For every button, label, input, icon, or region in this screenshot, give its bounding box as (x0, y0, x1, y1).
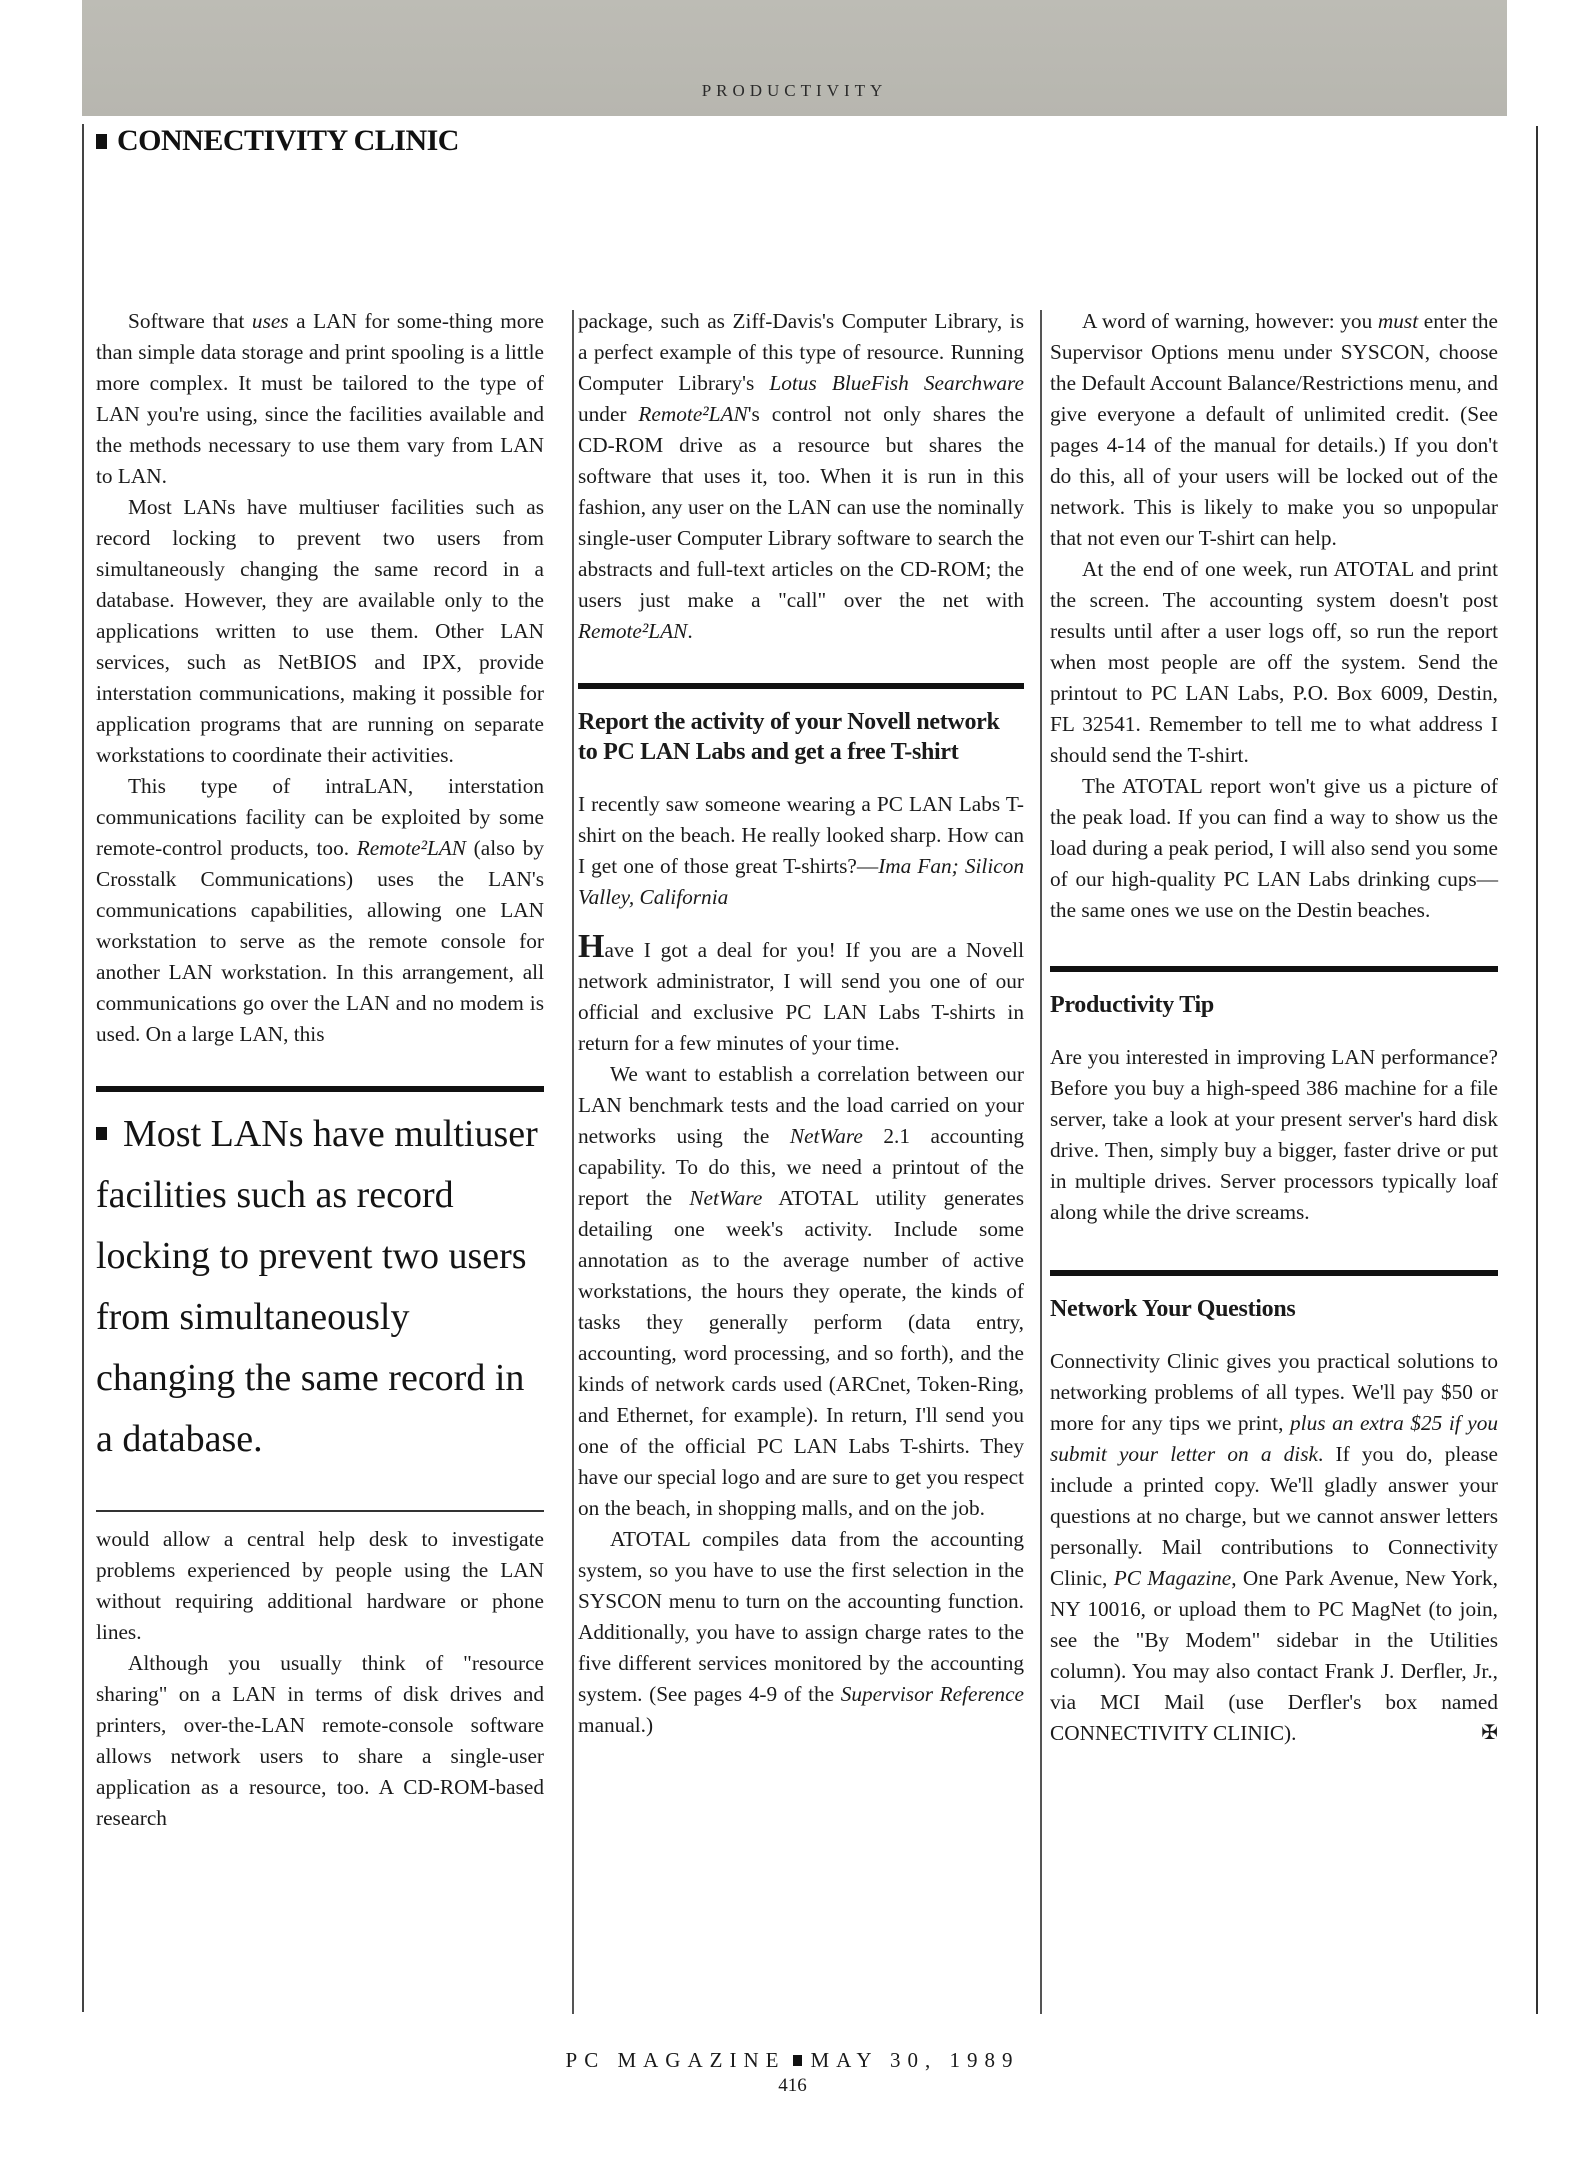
page-number: 416 (0, 2075, 1585, 2097)
section-heading-network-questions: Network Your Questions (1050, 1294, 1498, 1324)
column-2: package, such as Ziff-Davis's Computer L… (578, 306, 1024, 1741)
drop-cap: H (578, 928, 604, 965)
section-label: PRODUCTIVITY (82, 81, 1507, 101)
bullet-square-icon (793, 2055, 802, 2066)
paragraph: Software that uses a LAN for some-thing … (96, 306, 544, 492)
paragraph: The ATOTAL report won't give us a pictur… (1050, 771, 1498, 926)
section-heading-productivity-tip: Productivity Tip (1050, 990, 1498, 1020)
answer-paragraph: Have I got a deal for you! If you are a … (578, 935, 1024, 1059)
paragraph: would allow a central help desk to inves… (96, 1524, 544, 1648)
column-3: A word of warning, however: you must ent… (1050, 306, 1498, 1749)
issue-date: MAY 30, 1989 (810, 2048, 1019, 2072)
page-border-right (1536, 126, 1538, 2014)
page-border-left (82, 124, 84, 2012)
paragraph: ATOTAL compiles data from the accounting… (578, 1524, 1024, 1741)
column-1: Software that uses a LAN for some-thing … (96, 306, 544, 1834)
paragraph: This type of intraLAN, interstation comm… (96, 771, 544, 1050)
bullet-square-icon (96, 1127, 107, 1140)
pullquote: Most LANs have multiuser facilities such… (96, 1104, 544, 1470)
paragraph: At the end of one week, run ATOTAL and p… (1050, 554, 1498, 771)
section-rule (1050, 966, 1498, 972)
column-divider-2 (1040, 310, 1042, 2014)
tip-paragraph: Are you interested in improving LAN perf… (1050, 1042, 1498, 1228)
reader-question: I recently saw someone wearing a PC LAN … (578, 789, 1024, 913)
end-of-article-icon: ✠ (1481, 1718, 1498, 1749)
section-heading-tshirt: Report the activity of your Novell netwo… (578, 707, 1024, 767)
section-rule (578, 683, 1024, 689)
column-title: CONNECTIVITY CLINIC (96, 124, 459, 158)
section-rule (1050, 1270, 1498, 1276)
bullet-square-icon (96, 134, 107, 149)
paragraph: package, such as Ziff-Davis's Computer L… (578, 306, 1024, 647)
page-footer: PC MAGAZINEMAY 30, 1989 (0, 2048, 1585, 2073)
pullquote-top-rule (96, 1086, 544, 1092)
section-header-band: PRODUCTIVITY (82, 0, 1507, 116)
publication-name: PC MAGAZINE (566, 2048, 786, 2072)
paragraph: A word of warning, however: you must ent… (1050, 306, 1498, 554)
paragraph: Most LANs have multiuser facilities such… (96, 492, 544, 771)
column-title-text: CONNECTIVITY CLINIC (117, 124, 459, 158)
paragraph: Although you usually think of "resource … (96, 1648, 544, 1834)
paragraph: We want to establish a correlation betwe… (578, 1059, 1024, 1524)
paragraph: Connectivity Clinic gives you practical … (1050, 1346, 1498, 1749)
column-divider-1 (572, 310, 574, 2014)
